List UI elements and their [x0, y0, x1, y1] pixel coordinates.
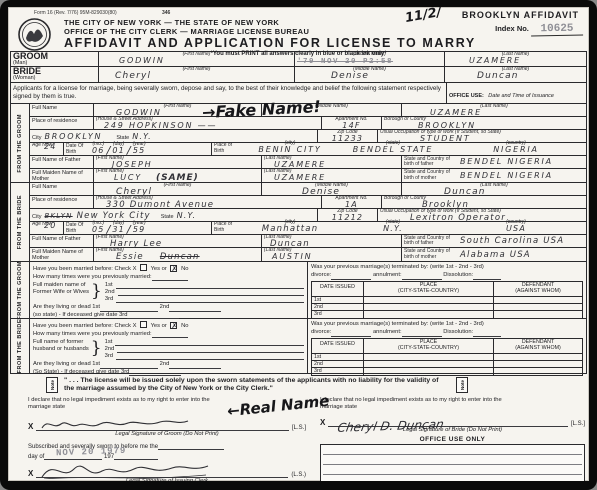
bride-mother-state-country: Alabama USA: [460, 251, 531, 259]
groom-birth-country: NIGERIA: [448, 146, 584, 154]
groom-name-row: GROOM (Man) (First Name) GODWIN (Middle …: [11, 52, 586, 67]
from-the-bride-label: FROM THE BRIDE: [17, 195, 23, 249]
groom-history-section: FROM THE GROOM Have you been married bef…: [10, 262, 587, 319]
groom-dob-month: 06: [92, 147, 105, 155]
middle-name-label: (Middle Name): [297, 52, 442, 57]
bride-dob-year: 59: [133, 226, 146, 234]
groom-mother-last: UZAMERE: [274, 174, 399, 182]
office-use-label: OFFICE USE:: [449, 93, 484, 99]
terminated-question: Was your previous marriage(s) terminated…: [311, 263, 583, 271]
index-number: Index No. 10625: [495, 23, 583, 36]
table-row: 2nd: [312, 304, 582, 311]
received-time-stamp: '79 NOV 20 P2:58: [297, 58, 442, 66]
table-row: 3rd: [312, 311, 582, 318]
groom-first-name-value: GODWIN: [119, 57, 292, 65]
bride-history-section: FROM THE BRIDE Have you been married bef…: [10, 319, 587, 374]
groom-mother-state-country: BENDEL NIGERIA: [460, 172, 553, 180]
clerk-signature-line: [36, 466, 288, 478]
groom-city-value: BROOKLYN: [44, 133, 102, 141]
name-grid: GROOM (Man) (First Name) GODWIN (Middle …: [10, 51, 587, 104]
bride-birth-city: Manhattan: [242, 225, 338, 233]
groom-dob-day: 01: [112, 147, 125, 155]
affidavit-type-title: BROOKLYN AFFIDAVIT: [462, 10, 579, 20]
groom-father-last: UZAMERE: [274, 161, 399, 169]
groom-father-state-country: BENDEL NIGERIA: [460, 158, 553, 166]
bride-mother-row: Full Maiden Name of Mother (First Name) …: [30, 248, 586, 261]
bride-no-checkbox: ✗: [170, 322, 177, 329]
header-line2: OFFICE OF THE CITY CLERK — MARRIAGE LICE…: [64, 28, 434, 37]
bride-signature-line: Cheryl D. Duncan: [328, 417, 568, 427]
clerk-signature-scribble: [40, 461, 210, 479]
bride-dob-day: 31: [112, 226, 125, 234]
groom-no-checkbox: ✗: [170, 265, 177, 272]
bride-residence-row: Place of residence (House & Street Addre…: [30, 196, 586, 209]
groom-mother-row: Full Maiden Name of Mother (First Name) …: [30, 169, 586, 182]
groom-father-first: JOSEPH: [112, 161, 259, 169]
from-the-groom-label: FROM THE GROOM: [17, 114, 23, 173]
groom-residence-row: Place of residence (House & Street Addre…: [30, 117, 586, 130]
office-use-only-title: OFFICE USE ONLY: [320, 436, 585, 443]
affidavit-form: Form 16 (Rev. 7/76) 95M-829030(80) 346 1…: [8, 7, 589, 481]
table-row: 2nd: [312, 361, 582, 368]
note-row: Note " . . . The license will be issued …: [10, 375, 587, 394]
bride-mother-first: Essie: [116, 253, 144, 261]
times-married-question: How many times were you previously marri…: [33, 274, 152, 280]
bride-birth-state: N.Y.: [338, 225, 448, 233]
bride-details-section: FROM THE BRIDE Full Name (First Name) Ch…: [10, 183, 587, 262]
groom-declaration-text: I declare that no legal impediment exist…: [28, 397, 218, 411]
groom-details-section: FROM THE GROOM Full Name (First Name) GO…: [10, 104, 587, 183]
bride-address-value: 330 Dumont Avenue: [106, 201, 319, 209]
bride-yes-checkbox: [140, 321, 147, 328]
bride-mother-last: AUSTIN: [272, 253, 399, 261]
form-header: Form 16 (Rev. 7/76) 95M-829030(80) 346 1…: [8, 7, 589, 51]
groom-birth-state: BENDEL STATE: [338, 146, 448, 154]
groom-yes-checkbox: [140, 264, 147, 271]
groom-dob-year: 55: [133, 147, 146, 155]
index-number-stamp: 10625: [531, 23, 583, 37]
groom-divorce-table: DATE ISSUED PLACE(CITY-STATE-COUNTRY) DE…: [311, 281, 583, 319]
bride-birth-country: USA: [448, 225, 584, 233]
groom-state-value: N.Y.: [132, 133, 152, 141]
table-row: 1st: [312, 297, 582, 304]
form-number-2: 346: [162, 10, 170, 16]
groom-fullname-last: UZAMERE: [430, 109, 584, 117]
form-number: Form 16 (Rev. 7/76) 95M-829030(80): [34, 10, 117, 16]
bride-declaration-text: I declare that no legal impediment exist…: [320, 397, 510, 411]
applicants-statement: Applicants for a license for marriage, b…: [11, 83, 447, 103]
bride-city-crossed-out: BKLYN: [44, 212, 72, 220]
note-side-label: Note: [50, 380, 55, 390]
groom-address-value: 249 HOPKINSON ——: [104, 122, 319, 130]
issue-date-stamp: NOV 20 1979: [56, 445, 127, 457]
groom-birth-city: BENIN CITY: [242, 146, 338, 154]
table-row: 3rd: [312, 368, 582, 375]
bride-fullname-last: Duncan: [444, 188, 584, 196]
bride-father-state-country: South Carolina USA: [460, 237, 564, 245]
groom-last-name-value: UZAMERE: [469, 57, 584, 65]
declarations-area: I declare that no legal impediment exist…: [10, 396, 587, 481]
city-seal-icon: [18, 18, 51, 51]
bride-mother-crossed-out: Duncan: [160, 253, 200, 261]
note-text: " . . . The license will be issued solel…: [58, 377, 456, 393]
groom-mother-first: LUCY: [114, 174, 142, 182]
groom-signature-scribble: [40, 416, 190, 432]
index-label: Index No.: [495, 24, 529, 33]
bride-last-name-value: Duncan: [477, 72, 584, 80]
bride-name-row: BRIDE (Woman) (First Name) Cheryl (Middl…: [11, 67, 586, 83]
bride-dob-month: 05: [92, 226, 105, 234]
bride-first-name-value: Cheryl: [115, 72, 292, 80]
bride-sublabel: (Woman): [13, 76, 96, 81]
bride-state-value: N.Y.: [177, 212, 197, 220]
groom-signature-line: [36, 419, 289, 431]
bride-father-first: Harry Lee: [110, 240, 259, 248]
bride-age-value: 20: [44, 222, 61, 230]
same-annotation: (SAME): [156, 174, 199, 182]
office-use-box: [320, 444, 585, 481]
office-use-sublabel: Date and Time of Issuance: [488, 93, 554, 99]
married-before-question: Have you been married before: Check X: [33, 266, 136, 272]
table-row: 1st: [312, 354, 582, 361]
bride-middle-name-value: Denise: [331, 72, 442, 80]
bride-divorce-table: DATE ISSUED PLACE(CITY-STATE-COUNTRY) DE…: [311, 338, 583, 376]
bride-city-value: New York City: [77, 212, 151, 220]
scanned-affidavit-page: Form 16 (Rev. 7/76) 95M-829030(80) 346 1…: [0, 0, 597, 490]
groom-age-value: 24: [44, 143, 61, 151]
page-title: AFFIDAVIT AND APPLICATION FOR LICENSE TO…: [64, 36, 434, 50]
